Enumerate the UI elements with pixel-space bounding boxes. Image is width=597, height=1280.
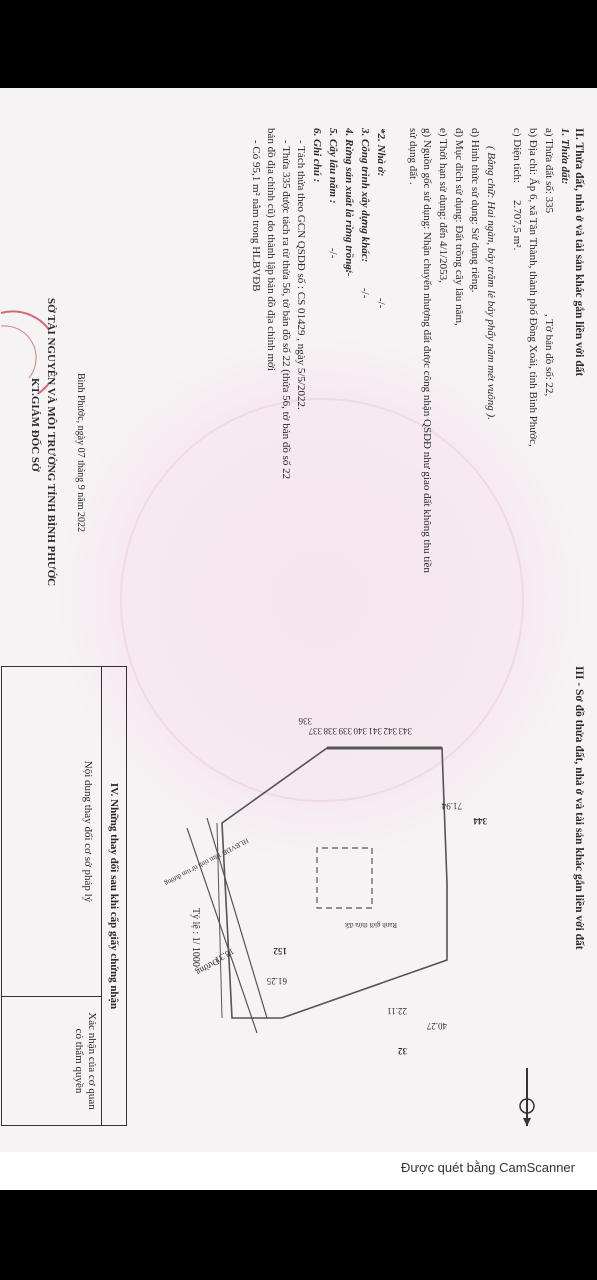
item2-value: -/- <box>374 298 387 308</box>
svg-text:HLBVĐB 18m tính từ tim đường: HLBVĐB 18m tính từ tim đường <box>163 836 250 887</box>
svg-text:71.94: 71.94 <box>441 801 462 811</box>
area-in-words: ( Bằng chữ: Hai ngàn, bảy trăm lẻ bảy ph… <box>484 146 497 420</box>
parcel-sketch: 343 342 341 340 339 338 337 336 344 152 … <box>157 688 517 1108</box>
changes-col-content: Nội dung thay đổi cơ sở pháp lý <box>2 667 102 997</box>
parcel-number: a) Thửa đất số: 335 <box>542 128 555 213</box>
usage-form: d) Hình thức sử dụng: Sử dụng riêng. <box>468 128 481 293</box>
svg-text:341: 341 <box>369 726 383 736</box>
bottom-black-bar <box>0 1190 597 1280</box>
changes-col-confirmation: Xác nhận của cơ quan có thẩm quyền <box>2 997 102 1125</box>
col2-line2: có thẩm quyền <box>72 997 85 1125</box>
item4-forest: 4. Rừng sản xuất là rừng trồng: <box>342 128 355 274</box>
svg-text:343: 343 <box>398 726 412 736</box>
svg-text:336: 336 <box>298 716 312 726</box>
svg-text:40.27: 40.27 <box>426 1021 447 1031</box>
changes-table: IV. Những thay đổi sau khi cấp giấy chứn… <box>1 666 127 1126</box>
section4-heading: IV. Những thay đổi sau khi cấp giấy chứn… <box>101 667 126 1125</box>
area-label: c) Diện tích: <box>510 128 523 183</box>
item5-value: -/- <box>326 248 339 258</box>
svg-text:152: 152 <box>273 946 287 956</box>
svg-text:337: 337 <box>308 726 322 736</box>
section2-heading: II. Thửa đất, nhà ở và tài sản khác gắn … <box>572 128 585 376</box>
svg-text:32: 32 <box>398 1046 408 1056</box>
section3-heading: III - Sơ đồ thửa đất, nhà ở và tài sản k… <box>572 666 585 950</box>
rotated-document: II. Thửa đất, nhà ở và tài sản khác gắn … <box>0 88 597 1152</box>
item2-house: *2. Nhà ở: <box>374 128 387 176</box>
area-value: 2.707,5 m². <box>510 200 523 250</box>
usage-origin: g) Nguồn gốc sử dụng: Nhận chuyển nhượng… <box>420 128 433 573</box>
red-seal-stamp <box>0 308 49 398</box>
map-scale: Tỷ lệ : 1/ 1000 <box>189 908 202 967</box>
item3-value: -/- <box>358 288 371 298</box>
note-3: - Có 95,1 m² nằm trong HLBVĐB <box>249 140 262 292</box>
north-arrow-icon <box>517 1068 537 1128</box>
camscanner-footer: Được quét bằng CamScanner <box>0 1152 597 1190</box>
map-sheet: , Tờ bản đồ số: 22, <box>542 314 555 396</box>
usage-purpose: đ) Mục đích sử dụng: Đất trồng cây lâu n… <box>452 128 465 326</box>
svg-text:61.25: 61.25 <box>266 976 287 986</box>
item6-notes: 6. Ghi chú : <box>310 128 323 182</box>
sign-place-date: Bình Phước, ngày 07 tháng 9 năm 2022 <box>74 373 87 532</box>
col2-line1: Xác nhận của cơ quan <box>85 997 98 1125</box>
address: b) Địa chỉ: Ấp 6, xã Tân Thành, thành ph… <box>526 128 539 447</box>
camscanner-watermark: Được quét bằng CamScanner <box>401 1160 575 1175</box>
item4-value: -/- <box>342 266 355 276</box>
svg-text:338: 338 <box>323 726 337 736</box>
item3-structures: 3. Công trình xây dựng khác: <box>358 128 371 262</box>
usage-origin-cont: sử dụng đất . <box>406 128 419 185</box>
svg-text:22.11: 22.11 <box>387 1006 407 1016</box>
svg-text:342: 342 <box>384 726 398 736</box>
svg-text:339: 339 <box>338 726 352 736</box>
svg-text:Ranh giới thửa đất: Ranh giới thửa đất <box>345 921 397 929</box>
note-1: - Tách thửa theo GCN QSDĐ số : CS 01429 … <box>294 140 307 410</box>
svg-text:344: 344 <box>473 816 487 826</box>
svg-text:340: 340 <box>353 726 367 736</box>
usage-term: e) Thời hạn sử dụng: đến 4/1/2053, <box>436 128 449 283</box>
note-2-cont: bản đồ địa chính cũ) do thành lập bản đồ… <box>264 128 277 371</box>
section2-sub1: 1. Thửa đất: <box>558 128 571 184</box>
item5-perennial: 5. Cây lâu năm : <box>326 128 339 203</box>
note-2: - Thửa 335 được tách ra từ thửa 56, tờ b… <box>279 140 292 479</box>
